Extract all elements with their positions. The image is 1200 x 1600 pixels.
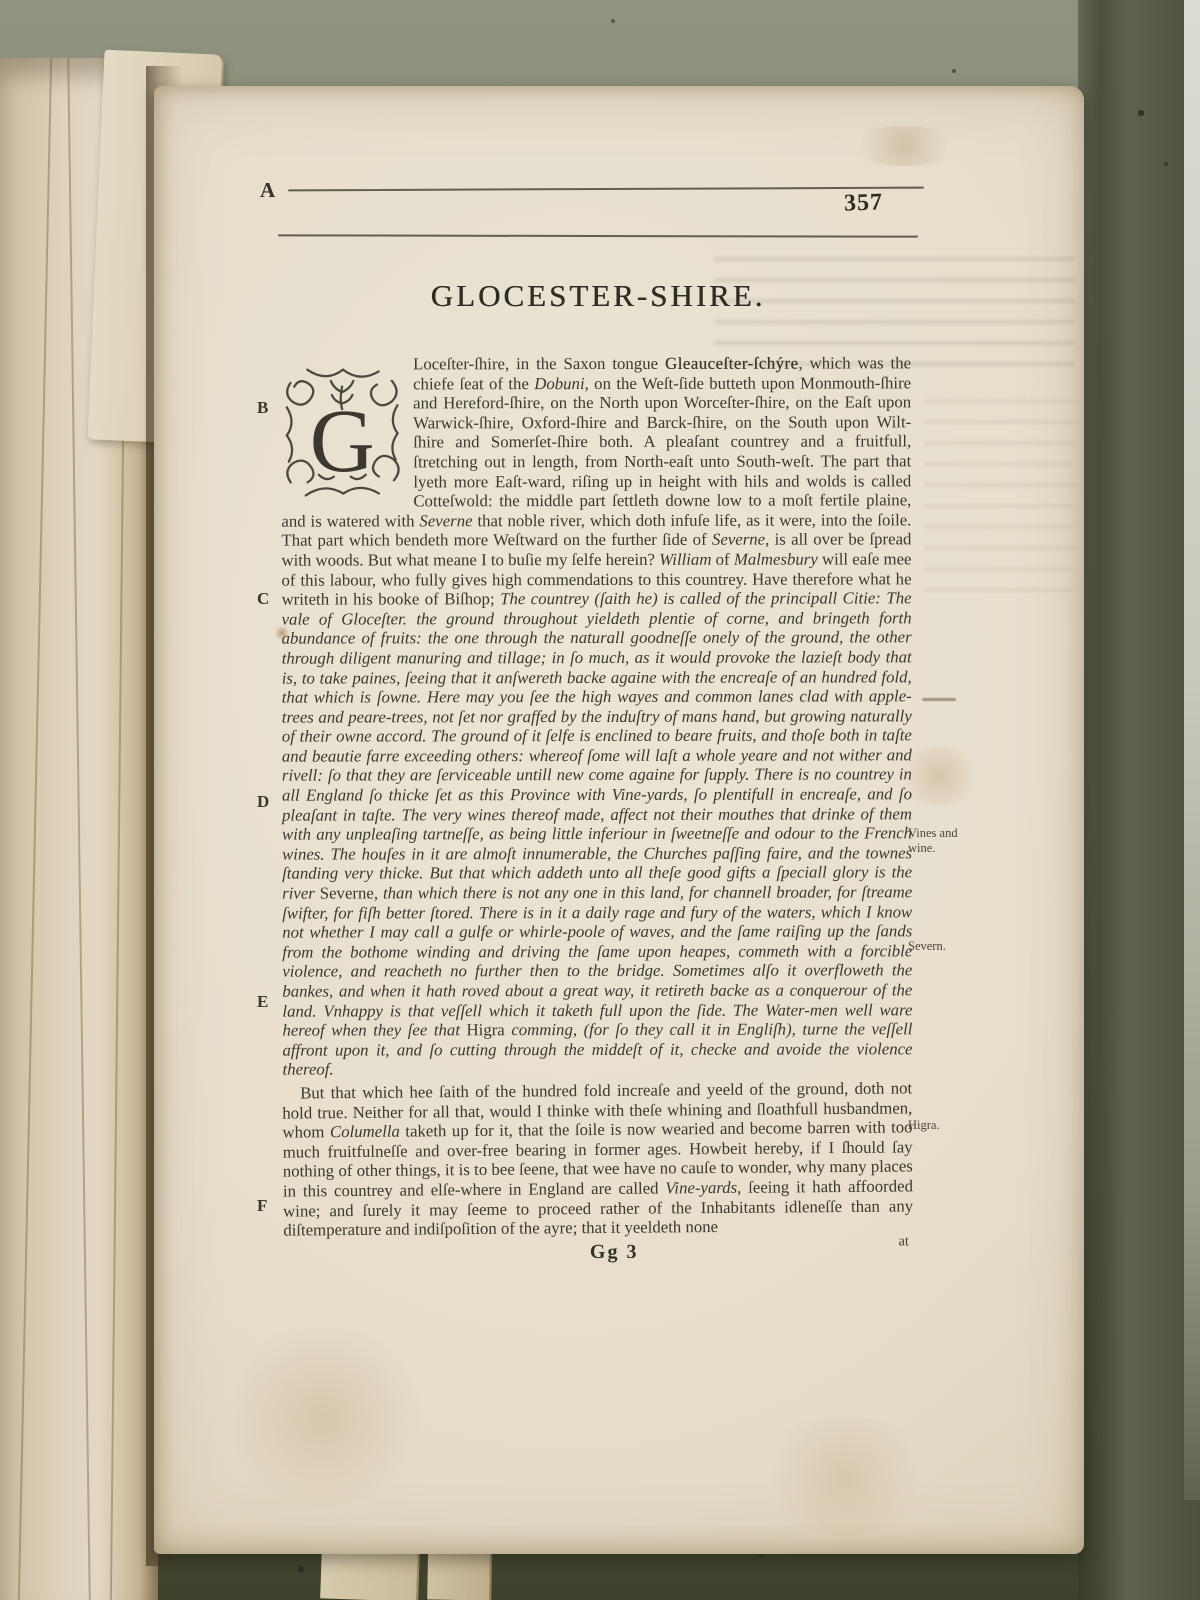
page-title: GLOCESTER-SHIRE.: [282, 278, 914, 314]
drop-cap-letter: G: [310, 392, 375, 491]
body-text: G Loceſter-ſhire, in the Saxon tongue Gl…: [281, 353, 913, 1271]
book-photograph: A 357 GLOCESTER-SHIRE. B C D E F Vines a…: [0, 0, 1200, 1600]
page-fold-line: [67, 58, 91, 1600]
text-run-saxon: Gleauceſter-ſchýre: [665, 354, 799, 373]
text-run: Loceſter-ſhire, in the Saxon tongue: [413, 354, 665, 374]
margin-letter: C: [257, 589, 269, 609]
foliate-ornament-icon: G: [281, 358, 403, 506]
book-cover-edge: [1184, 0, 1200, 1500]
text-run: of: [711, 550, 733, 569]
margin-letter: D: [257, 792, 269, 812]
paper-stain: [214, 1326, 434, 1506]
signature-mark: Gg 3: [590, 1243, 639, 1263]
catchword: at: [898, 1232, 909, 1252]
margin-letter: B: [257, 398, 268, 418]
text-run: Severne: [320, 883, 374, 902]
show-through-ghost-text: [924, 386, 1074, 596]
text-run: Severne: [419, 511, 472, 530]
text-run: Higra: [467, 1020, 505, 1039]
paragraph-1: G Loceſter-ſhire, in the Saxon tongue Gl…: [281, 353, 913, 1079]
header-rule-bottom: [278, 234, 918, 237]
paragraph-2: But that which hee ſaith of the hundred …: [282, 1078, 913, 1240]
header-rule-top: [288, 187, 924, 192]
margin-note-severn: Severn.: [908, 939, 988, 954]
paper-stain: [844, 126, 964, 166]
margin-letter-a: A: [260, 178, 275, 203]
text-run: The countrey (ſaith he) is called of the…: [282, 588, 913, 902]
book-page: A 357 GLOCESTER-SHIRE. B C D E F Vines a…: [154, 86, 1084, 1554]
margin-note-vines: Vines and wine.: [908, 826, 988, 855]
dust-specks: [0, 0, 2, 2]
cloth-backdrop-right: [1078, 0, 1200, 1600]
text-run: Malmesbury: [734, 549, 818, 568]
margin-letter: F: [257, 1196, 267, 1216]
paper-stain: [754, 1416, 934, 1536]
margin-note-higra: Higra.: [908, 1118, 988, 1133]
text-run: , than which there is not any one in thi…: [282, 882, 912, 1039]
page-number: 357: [844, 189, 884, 217]
text-run: Columella: [330, 1122, 400, 1142]
woodcut-initial-G: G: [281, 358, 403, 506]
page-fold-line: [18, 58, 52, 1600]
ink-smudge: [922, 698, 956, 701]
text-run: William: [659, 550, 711, 569]
signature-row: at Gg 3: [283, 1240, 913, 1271]
margin-letter: E: [257, 992, 268, 1012]
text-run: Vine-yards: [665, 1178, 737, 1198]
text-run: Severne: [712, 530, 765, 549]
text-run: Dobuni: [534, 374, 584, 393]
